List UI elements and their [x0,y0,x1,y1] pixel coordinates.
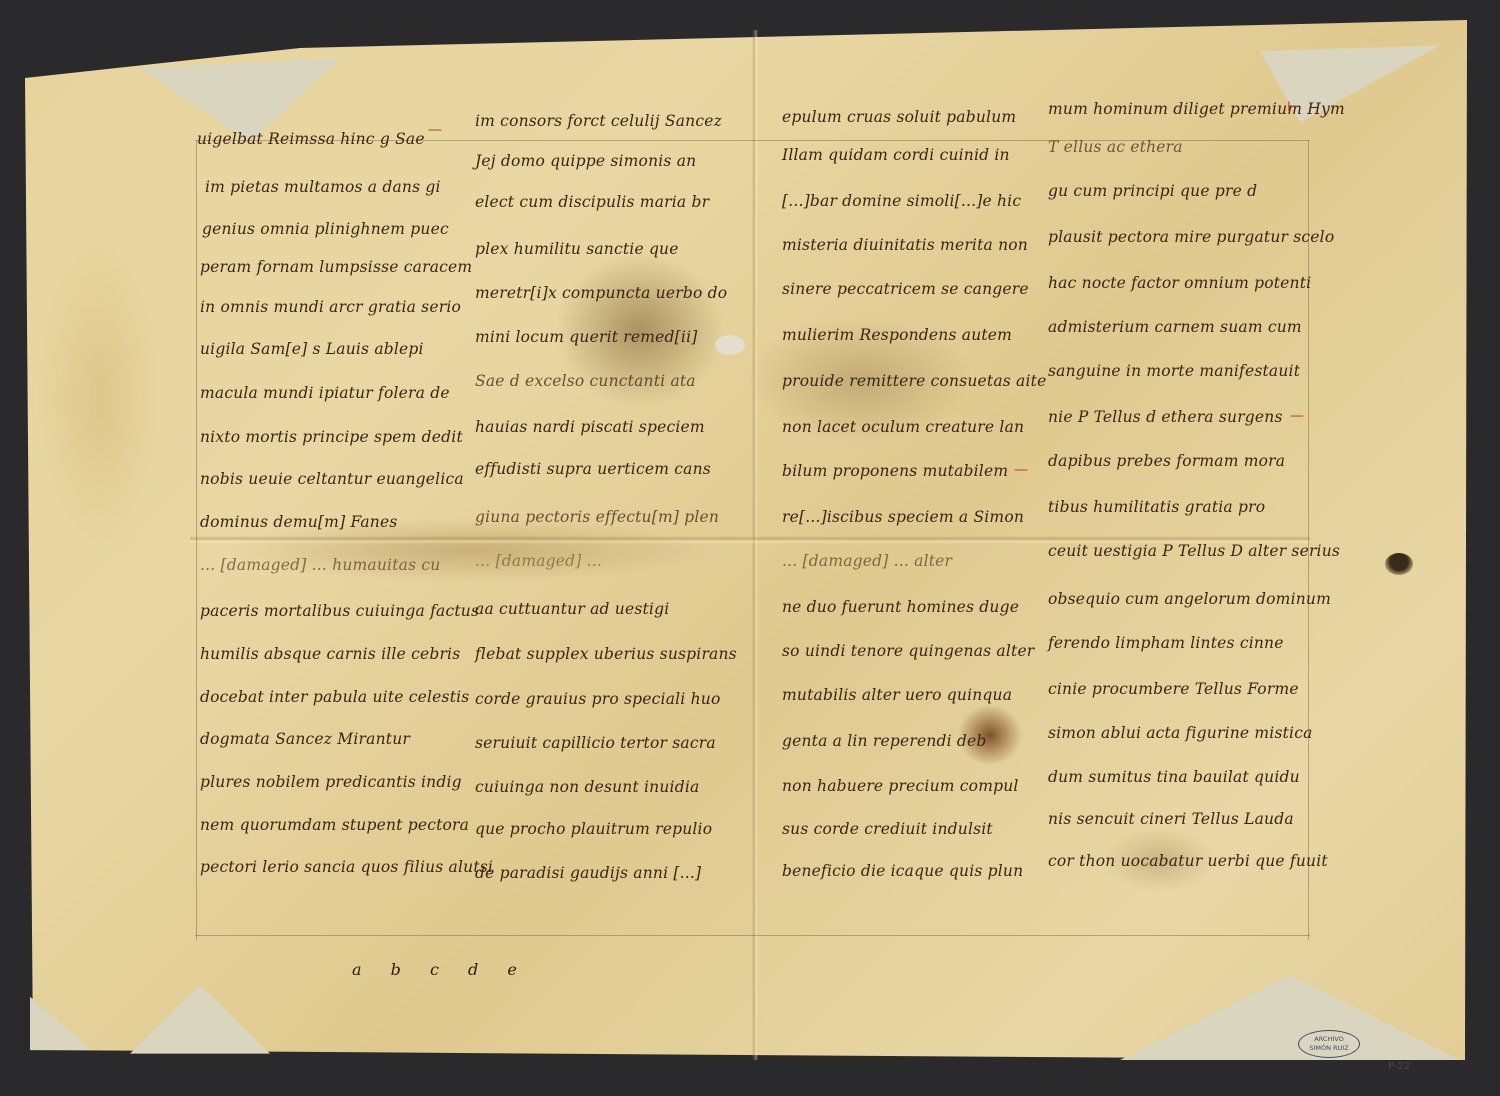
text-line: nixto mortis principe spem dedit [200,428,463,446]
text-line: Jej domo quippe simonis an [475,152,696,170]
text-line: genta a lin reperendi deb [782,732,987,750]
text-line: ... [damaged] ... [475,552,602,570]
text-line: mulierim Respondens autem [782,326,1012,344]
text-line: pectori lerio sancia quos filius alutsi [200,858,493,876]
parchment-hole [715,335,745,355]
text-line: prouide remittere consuetas aite [782,372,1046,390]
text-line: mutabilis alter uero quinqua [782,686,1012,704]
vertical-fold [752,30,758,1060]
stamp-line-1: ARCHIVO [1299,1035,1359,1044]
text-line: so uindi tenore quingenas alter [782,642,1034,660]
text-line: non lacet oculum creature lan [782,418,1024,436]
text-line: im consors forct celulij Sancez [475,112,722,130]
ruling-line-left [196,140,197,940]
text-line: plausit pectora mire purgatur scelo [1048,228,1334,246]
text-line: humilis absque carnis ille cebris [200,645,460,663]
text-line: mini locum querit remed[ii] [475,328,697,346]
text-line: obsequio cum angelorum dominum [1048,590,1331,608]
text-line: beneficio die icaque quis plun [782,862,1023,880]
text-line: tibus humilitatis gratia pro [1048,498,1265,516]
ink-blot [1385,553,1413,575]
text-line: giuna pectoris effectu[m] plen [475,508,719,526]
text-line: de paradisi gaudijs anni [...] [475,864,701,882]
text-line: plex humilitu sanctie que [475,240,679,258]
text-line: nem quorumdam stupent pectora [200,816,469,834]
text-line: aa cuttuantur ad uestigi [475,600,669,618]
text-line: admisterium carnem suam cum [1048,318,1302,336]
text-line: sus corde crediuit indulsit [782,820,993,838]
archive-stamp: ARCHIVO SIMÓN RUIZ [1298,1030,1360,1058]
text-line: flebat supplex uberius suspirans [475,645,737,663]
text-line: ... [damaged] ... humauitas cu [200,556,440,574]
shelf-mark: P-22 [1388,1061,1410,1072]
text-line: gu cum principi que pre d [1048,182,1257,200]
text-line: simon ablui acta figurine mistica [1048,724,1313,742]
text-line: hac nocte factor omnium potenti [1048,274,1311,292]
text-line: dogmata Sancez Mirantur [200,730,410,748]
text-line: docebat inter pabula uite celestis [200,688,469,706]
text-line: uigila Sam[e] s Lauis ablepi [200,340,424,358]
text-line: cuiuinga non desunt inuidia [475,778,699,796]
text-line: dum sumitus tina bauilat quidu [1048,768,1300,786]
text-line: T ellus ac ethera [1048,138,1183,156]
text-line: peram fornam lumpsisse caracem [200,258,472,276]
text-line: sinere peccatricem se cangere [782,280,1029,298]
text-line: ne duo fuerunt homines duge [782,598,1019,616]
text-line: meretr[i]x compuncta uerbo do [475,284,727,302]
text-line: in omnis mundi arcr gratia serio [200,298,461,316]
rubric-mark: — [1290,408,1304,424]
text-line: macula mundi ipiatur folera de [200,384,450,402]
text-line: bilum proponens mutabilem [782,462,1008,480]
text-line: nobis ueuie celtantur euangelica [200,470,464,488]
text-line: dominus demu[m] Fanes [200,513,398,531]
text-line: non habuere precium compul [782,777,1019,795]
text-line: nie P Tellus d ethera surgens [1048,408,1283,426]
text-line: cinie procumbere Tellus Forme [1048,680,1299,698]
text-line: genius omnia plinighnem puec [202,220,449,238]
text-line: elect cum discipulis maria br [475,193,709,211]
manuscript-photo: uigelbat Reimssa hinc g Sae im pietas mu… [0,0,1500,1096]
text-line: Illam quidam cordi cuinid in [782,146,1010,164]
text-line: sanguine in morte manifestauit [1048,362,1300,380]
text-line: ceuit uestigia P Tellus D alter serius [1048,542,1340,560]
text-line: Sae d excelso cunctanti ata [475,372,696,390]
text-line: misteria diuinitatis merita non [782,236,1028,254]
text-line: plures nobilem predicantis indig [200,773,462,791]
rubric-mark: — [1014,462,1028,478]
text-line: corde grauius pro speciali huo [475,690,720,708]
text-line: nis sencuit cineri Tellus Lauda [1048,810,1294,828]
text-line: paceris mortalibus cuiuinga factus [200,602,479,620]
text-line: hauias nardi piscati speciem [475,418,705,436]
ruling-line-bottom [195,935,1310,936]
stamp-line-2: SIMÓN RUIZ [1299,1044,1359,1053]
text-line: que procho plauitrum repulio [475,820,712,838]
rubric-mark: — [428,122,442,138]
text-line: epulum cruas soluit pabulum [782,108,1016,126]
text-line: mum hominum diliget premium Hym [1048,100,1345,118]
rubric-mark: ⊢ [1287,100,1298,115]
text-line: ferendo limpham lintes cinne [1048,634,1284,652]
text-line: uigelbat Reimssa hinc g Sae [197,130,425,148]
quire-letters: a b c d e [352,960,529,979]
text-line: effudisti supra uerticem cans [475,460,711,478]
text-line: re[...]iscibus speciem a Simon [782,508,1024,526]
text-line: ... [damaged] ... alter [782,552,952,570]
text-line: im pietas multamos a dans gi [205,178,441,196]
text-line: seruiuit capillicio tertor sacra [475,734,716,752]
text-line: [...]bar domine simoli[...]e hic [782,192,1021,210]
ruling-line-right [1308,140,1309,940]
text-line: cor thon uocabatur uerbi que fuuit [1048,852,1328,870]
text-line: dapibus prebes formam mora [1048,452,1285,470]
